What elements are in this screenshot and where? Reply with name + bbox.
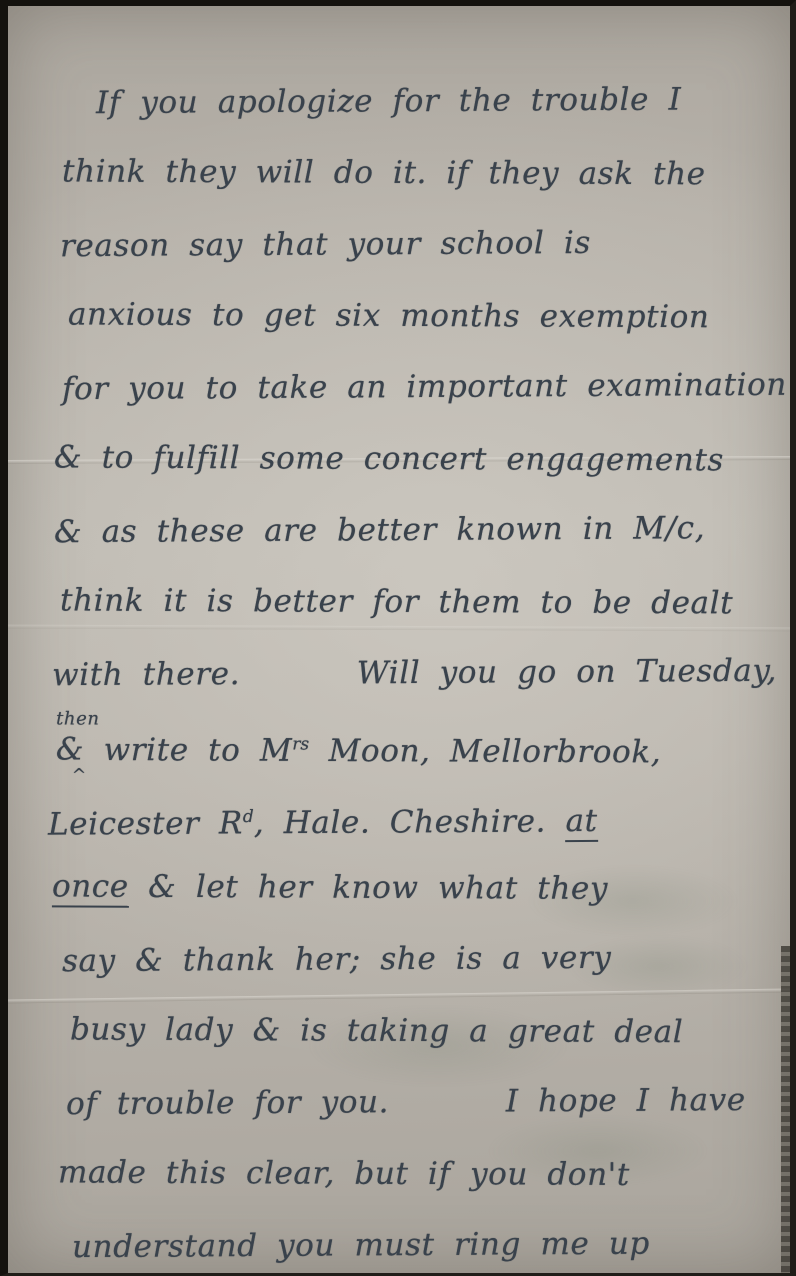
letter-text: Moon, Mellorbrook,: [309, 732, 661, 770]
letter-line: If you apologize for the trouble I: [96, 64, 780, 140]
letter-text: busy lady & is taking a great deal: [70, 1011, 683, 1050]
letter-text: anxious to get six months exemption: [68, 296, 710, 335]
letter-line: of trouble for you. I hope I have: [66, 1065, 780, 1141]
letter-text: for you to take an important examination: [62, 367, 787, 407]
inserted-word-anchor: then&^: [56, 714, 85, 786]
letter-text: once: [52, 868, 129, 907]
letter-line: & as these are better known in M/c,: [54, 493, 780, 569]
letter-body: If you apologize for the trouble Ithink …: [24, 66, 780, 1276]
caret-icon: ^: [72, 770, 87, 780]
letter-line: Leicester Rd, Hale. Cheshire. at: [48, 779, 780, 855]
letter-text: understand you must ring me up: [72, 1226, 650, 1266]
letter-text: , Hale. Cheshire.: [254, 803, 566, 841]
letter-text: Leicester R: [48, 805, 243, 842]
letter-text: & as these are better known in M/c,: [54, 510, 705, 550]
letter-text: think it is better for them to be dealt: [60, 582, 733, 621]
letter-line: with there. Will you go on Tuesday,: [52, 636, 780, 712]
letter-text: at: [565, 803, 597, 842]
letter-line: understand you must ring me up: [72, 1208, 780, 1276]
letter-text: & to fulfill some concert engagements: [54, 439, 724, 478]
letter-line: think it is better for them to be dealt: [60, 565, 780, 640]
letter-text: rs: [292, 734, 309, 754]
letter-text: say & thank her; she is a very: [62, 940, 612, 979]
letter-line: anxious to get six months exemption: [68, 279, 780, 354]
inserted-word: then: [56, 710, 100, 728]
letter-line: made this clear, but if you don't: [58, 1137, 780, 1212]
letter-line: busy lady & is taking a great deal: [70, 994, 780, 1069]
letter-text: reason say that your school is: [60, 225, 591, 264]
letter-line: think they will do it. if they ask the: [62, 136, 780, 211]
letter-text: &: [56, 731, 84, 767]
letter-line: once & let her know what they: [52, 851, 780, 926]
letter-text: think they will do it. if they ask the: [62, 153, 706, 192]
letter-line: then&^ write to Mrs Moon, Mellorbrook,: [56, 708, 780, 783]
letter-text: & let her know what they: [129, 868, 608, 906]
letter-text: If you apologize for the trouble I: [96, 82, 682, 122]
letter-page: If you apologize for the trouble Ithink …: [0, 0, 796, 1276]
letter-line: & to fulfill some concert engagements: [54, 422, 780, 497]
letter-text: d: [243, 807, 254, 827]
letter-line: for you to take an important examination: [62, 350, 780, 426]
letter-text: of trouble for you. I hope I have: [66, 1082, 746, 1122]
letter-text: made this clear, but if you don't: [58, 1154, 630, 1192]
scan-edge-artifact: [781, 946, 790, 1276]
letter-line: reason say that your school is: [60, 207, 780, 283]
letter-line: say & thank her; she is a very: [62, 922, 780, 998]
letter-text: with there. Will you go on Tuesday,: [52, 653, 777, 693]
letter-text: write to M: [84, 731, 292, 768]
